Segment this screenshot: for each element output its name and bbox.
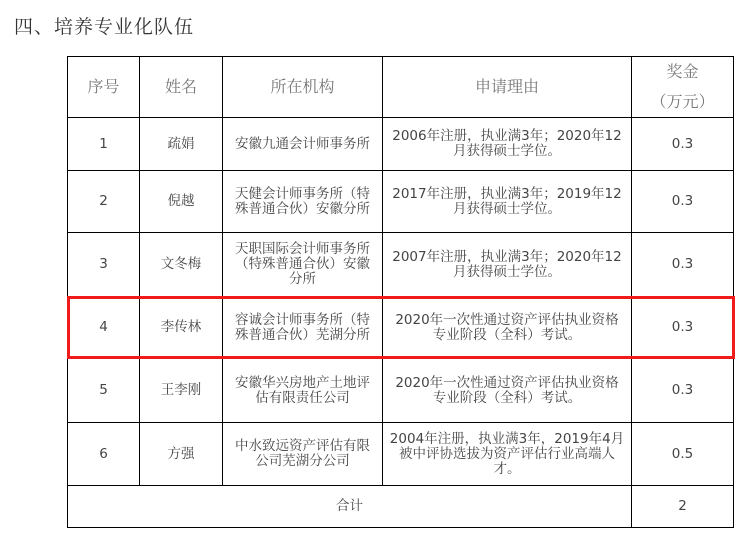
table-row-highlighted: 4 李传林 容诚会计师事务所（特殊普通合伙）芜湖分所 2020年一次性通过资产评… xyxy=(68,297,734,359)
total-label: 合计 xyxy=(68,486,632,528)
cell-org: 天职国际会计师事务所（特殊普通合伙）安徽分所 xyxy=(223,233,383,297)
cell-reason: 2017年注册，执业满3年；2019年12月获得硕士学位。 xyxy=(383,171,632,233)
cell-amount: 0.3 xyxy=(632,171,734,233)
cell-no: 6 xyxy=(68,423,140,486)
header-name: 姓名 xyxy=(140,57,223,118)
cell-no: 4 xyxy=(68,297,140,359)
cell-org: 容诚会计师事务所（特殊普通合伙）芜湖分所 xyxy=(223,297,383,359)
cell-amount: 0.3 xyxy=(632,118,734,171)
cell-name: 倪越 xyxy=(140,171,223,233)
header-amount-unit: （万元） xyxy=(638,87,727,117)
cell-org: 天健会计师事务所（特殊普通合伙）安徽分所 xyxy=(223,171,383,233)
cell-reason: 2020年一次性通过资产评估执业资格专业阶段（全科）考试。 xyxy=(383,359,632,423)
total-amount: 2 xyxy=(632,486,734,528)
table-row: 3 文冬梅 天职国际会计师事务所（特殊普通合伙）安徽分所 2007年注册，执业满… xyxy=(68,233,734,297)
table-row: 2 倪越 天健会计师事务所（特殊普通合伙）安徽分所 2017年注册，执业满3年；… xyxy=(68,171,734,233)
table-row: 1 疏娟 安徽九通会计师事务所 2006年注册，执业满3年；2020年12月获得… xyxy=(68,118,734,171)
table-row: 5 王李刚 安徽华兴房地产土地评估有限责任公司 2020年一次性通过资产评估执业… xyxy=(68,359,734,423)
cell-name: 疏娟 xyxy=(140,118,223,171)
table-row: 6 方强 中水致远资产评估有限公司芜湖分公司 2004年注册，执业满3年，201… xyxy=(68,423,734,486)
cell-amount: 0.5 xyxy=(632,423,734,486)
table-header-row: 序号 姓名 所在机构 申请理由 奖金（万元） xyxy=(68,57,734,118)
cell-amount: 0.3 xyxy=(632,297,734,359)
cell-name: 王李刚 xyxy=(140,359,223,423)
header-org: 所在机构 xyxy=(223,57,383,118)
cell-no: 3 xyxy=(68,233,140,297)
header-amount-label: 奖金 xyxy=(638,57,727,87)
cell-reason: 2020年一次性通过资产评估执业资格专业阶段（全科）考试。 xyxy=(383,297,632,359)
cell-reason: 2007年注册，执业满3年；2020年12月获得硕士学位。 xyxy=(383,233,632,297)
cell-no: 5 xyxy=(68,359,140,423)
award-table: 序号 姓名 所在机构 申请理由 奖金（万元） 1 疏娟 安徽九通会计师事务所 2… xyxy=(67,56,734,528)
cell-reason: 2004年注册，执业满3年，2019年4月被中评协选拔为资产评估行业高端人才。 xyxy=(383,423,632,486)
total-row: 合计 2 xyxy=(68,486,734,528)
cell-reason: 2006年注册，执业满3年；2020年12月获得硕士学位。 xyxy=(383,118,632,171)
header-reason: 申请理由 xyxy=(383,57,632,118)
header-no: 序号 xyxy=(68,57,140,118)
cell-org: 安徽华兴房地产土地评估有限责任公司 xyxy=(223,359,383,423)
cell-no: 2 xyxy=(68,171,140,233)
cell-name: 文冬梅 xyxy=(140,233,223,297)
cell-name: 李传林 xyxy=(140,297,223,359)
cell-amount: 0.3 xyxy=(632,359,734,423)
cell-org: 中水致远资产评估有限公司芜湖分公司 xyxy=(223,423,383,486)
cell-name: 方强 xyxy=(140,423,223,486)
section-title: 四、培养专业化队伍 xyxy=(14,12,194,39)
cell-amount: 0.3 xyxy=(632,233,734,297)
header-amount: 奖金（万元） xyxy=(632,57,734,118)
cell-org: 安徽九通会计师事务所 xyxy=(223,118,383,171)
cell-no: 1 xyxy=(68,118,140,171)
